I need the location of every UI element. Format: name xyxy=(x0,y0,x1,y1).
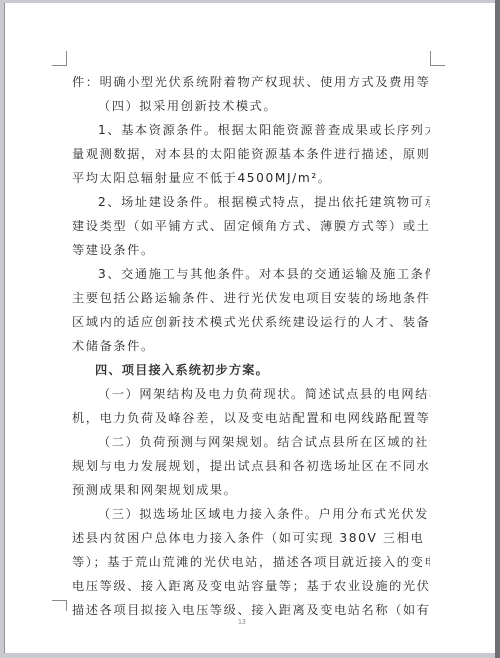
text-line: 2、场址建设条件。根据模式特点，提出依托建筑物可承载的光伏 xyxy=(72,190,430,214)
text-line: 预测成果和网架规划成果。 xyxy=(72,478,430,502)
text-line: （三）拟选场址区域电力接入条件。户用分布式光伏发电模式，描 xyxy=(72,502,430,526)
page-number: 13 xyxy=(238,619,246,626)
text-line: 述县内贫困户总体电力接入条件（如可实现 380V 三相电 400 米内接入 xyxy=(72,526,430,550)
window-edge xyxy=(495,0,500,658)
chapter-heading: 四、项目接入系统初步方案。 xyxy=(72,358,430,382)
text-line: 等建设条件。 xyxy=(72,238,430,262)
text-line: 量观测数据，对本县的太阳能资源基本条件进行描述，原则上地区多年 xyxy=(72,142,430,166)
text-line: 建设类型（如平铺方式、固定倾角方式、薄膜方式等）或土地占用面积 xyxy=(72,214,430,238)
text-line: 区域内的适应创新技术模式光伏系统建设运行的人才、装备、试验等技 xyxy=(72,310,430,334)
crop-mark-top-left xyxy=(52,51,67,66)
text-line: 平均太阳总辐射量应不低于4500MJ/m²。 xyxy=(72,166,430,190)
text-line: 术储备条件。 xyxy=(72,334,430,358)
text-line: 件：明确小型光伏系统附着物产权现状、使用方式及费用等。 xyxy=(72,70,430,94)
crop-mark-bottom-left xyxy=(52,600,67,611)
text-line: 规划与电力发展规划，提出试点县和各初选场址区在不同水平年的负荷 xyxy=(72,454,430,478)
text-line: 机，电力负荷及峰谷差，以及变电站配置和电网线路配置等。 xyxy=(72,406,430,430)
text-line: （一）网架结构及电力负荷现状。简述试点县的电网结构，电源装 xyxy=(72,382,430,406)
text-line: 等）；基于荒山荒滩的光伏电站，描述各项目就近接入的变电站名称、 xyxy=(72,550,430,574)
text-line: （二）负荷预测与网架规划。结合试点县所在区域的社会经济发展 xyxy=(72,430,430,454)
text-line: 电压等级、接入距离及变电站容量等；基于农业设施的光伏发电项目， xyxy=(72,574,430,598)
text-line: 1、基本资源条件。根据太阳能资源普查成果或长序列太阳能辐射 xyxy=(72,118,430,142)
document-body[interactable]: 件：明确小型光伏系统附着物产权现状、使用方式及费用等。 （四）拟采用创新技术模式… xyxy=(72,70,430,622)
text-line: 3、交通施工与其他条件。对本县的交通运输及施工条件进行描述， xyxy=(72,262,430,286)
text-line: 描述各项目拟接入电压等级、接入距离及变电站名称（如有）；拟采用 xyxy=(72,598,430,622)
section-heading: （四）拟采用创新技术模式。 xyxy=(72,94,430,118)
crop-mark-top-right xyxy=(430,51,445,66)
text-line: 主要包括公路运输条件、进行光伏发电项目安装的场地条件等；提出本 xyxy=(72,286,430,310)
